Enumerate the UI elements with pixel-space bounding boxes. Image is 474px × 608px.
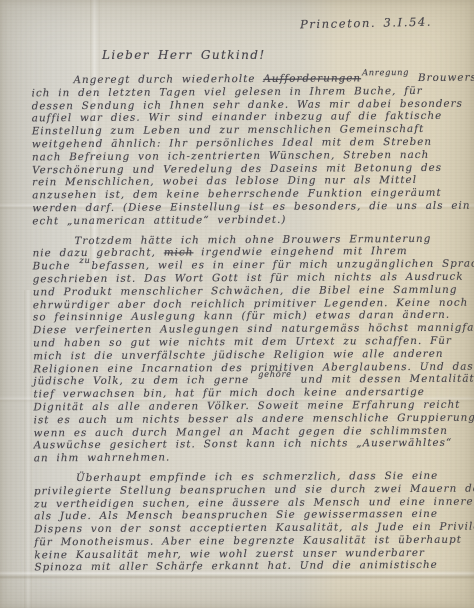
letter-segment: Trotzdem hätte ich mich ohne Brouwers Er…: [74, 232, 431, 246]
letter-segment-insert: zu: [79, 254, 90, 267]
letter-segment: Spinoza mit aller Schärfe erkannt hat. U…: [34, 559, 437, 573]
paragraph: Überhaupt empfinde ich es schmerzlich, d…: [34, 470, 467, 575]
letter-segment: werden darf. (Diese Einstellung ist es b…: [32, 200, 470, 215]
letter-segment: Brouwers habe: [410, 71, 474, 84]
letter-segment: irgendwie eingehend mit Ihrem: [193, 245, 407, 258]
letter-segment: Auswüchse gesichert ist. Sonst kann ich …: [34, 437, 453, 452]
letter-segment: Buche: [33, 260, 79, 272]
letter-segment-insert: gehöre: [258, 368, 292, 381]
letter-segment: jüdische Volk, zu dem ich gerne: [33, 374, 257, 387]
letter-segment: an ihm wahrnehmen.: [34, 452, 171, 465]
letter-segment-strike: Aufforderungen: [263, 72, 361, 85]
salutation: Lieber Herr Gutkind!: [102, 48, 266, 62]
letter-segment: echt „unamerican attitude“ verbindet.): [32, 214, 286, 228]
letter-segment: Überhaupt empfinde ich es schmerzlich, d…: [76, 470, 438, 484]
letter-line: echt „unamerican attitude“ verbindet.): [32, 212, 464, 227]
letter-line: an ihm wahrnehmen.: [34, 450, 466, 465]
date-line: Princeton. 3.I.54.: [300, 15, 432, 32]
letter-segment: Angeregt durch wiederholte: [73, 73, 263, 86]
letter-segment: und mit dessen Mentalität ich: [293, 373, 474, 386]
letter-segment-insert: Anregung: [362, 66, 409, 79]
fold-crease-vertical-lower: [24, 290, 32, 608]
letter-line: Spinoza mit aller Schärfe erkannt hat. U…: [34, 559, 466, 574]
letter-body: Angeregt durch wiederholte Aufforderunge…: [31, 72, 466, 575]
paragraph: Trotzdem hätte ich mich ohne Brouwers Er…: [32, 232, 465, 465]
paragraph: Angeregt durch wiederholte Aufforderunge…: [31, 72, 464, 228]
letter-segment-strike: mich: [164, 247, 194, 259]
letter-segment: nie dazu gebracht,: [33, 247, 164, 260]
letter-page: Princeton. 3.I.54. Lieber Herr Gutkind! …: [0, 0, 474, 608]
